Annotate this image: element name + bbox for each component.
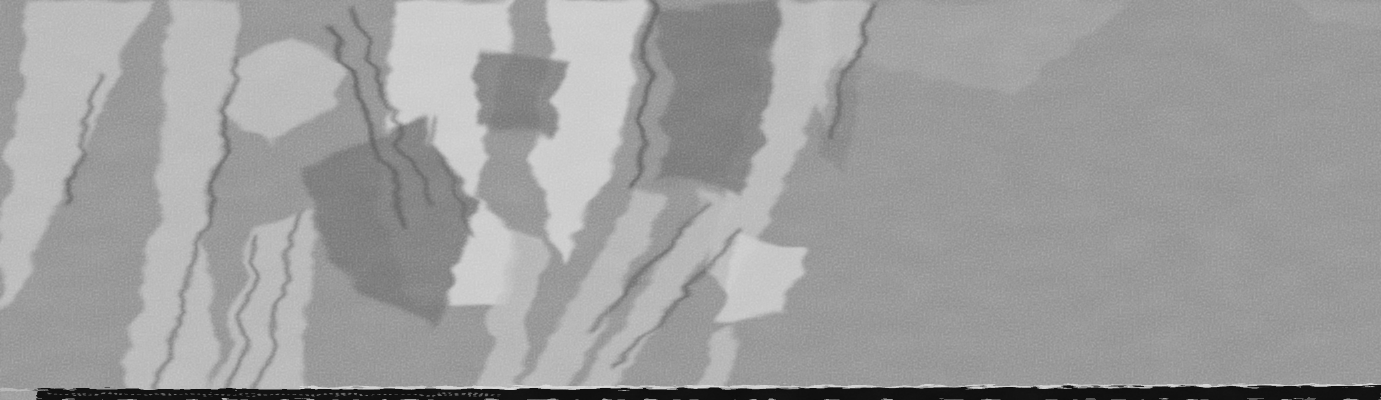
photo-canvas [0, 0, 1381, 400]
scanned-photo [0, 0, 1381, 400]
film-grain-texture [0, 0, 1381, 400]
